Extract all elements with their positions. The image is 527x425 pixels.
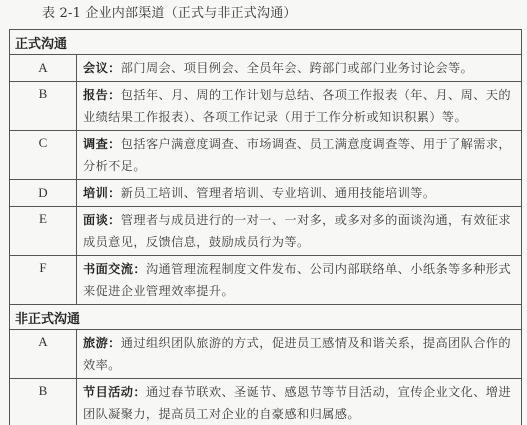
row-letter: C [10, 131, 77, 180]
row-description: 面谈：管理者与成员进行的一对一、一对多，或多对多的面谈沟通，有效征求成员意见，反… [77, 207, 522, 256]
table-row: F 书面交流：沟通管理流程制度文件发布、公司内部联络单、小纸条等多种形式来促进企… [10, 256, 522, 305]
row-term: 会议： [83, 61, 121, 75]
section-header-row: 正式沟通 [10, 30, 522, 55]
section-header-row: 非正式沟通 [10, 305, 522, 330]
row-description: 报告：包括年、月、周的工作计划与总结、各项工作报表（年、月、周、天的业绩结果工作… [77, 82, 522, 131]
section-title-informal: 非正式沟通 [10, 305, 522, 330]
table-row: D 培训：新员工培训、管理者培训、专业培训、通用技能培训等。 [10, 180, 522, 207]
row-letter: E [10, 207, 77, 256]
row-letter: D [10, 180, 77, 207]
table-row: B 报告：包括年、月、周的工作计划与总结、各项工作报表（年、月、周、天的业绩结果… [10, 82, 522, 131]
row-description: 书面交流：沟通管理流程制度文件发布、公司内部联络单、小纸条等多种形式来促进企业管… [77, 256, 522, 305]
row-term: 节目活动： [83, 385, 146, 399]
row-text: 通过春节联欢、圣诞节、感恩节等节目活动，宣传企业文化、增进团队凝聚力，提高员工对… [83, 385, 511, 421]
row-letter: A [10, 55, 77, 82]
row-text: 包括年、月、周的工作计划与总结、各项工作报表（年、月、周、天的业绩结果工作报表）… [83, 88, 511, 124]
row-text: 管理者与成员进行的一对一、一对多，或多对多的面谈沟通，有效征求成员意见，反馈信息… [83, 213, 511, 249]
row-text: 沟通管理流程制度文件发布、公司内部联络单、小纸条等多种形式来促进企业管理效率提升… [83, 262, 511, 298]
table-row: B 节目活动：通过春节联欢、圣诞节、感恩节等节目活动，宣传企业文化、增进团队凝聚… [10, 379, 522, 425]
row-description: 旅游：通过组织团队旅游的方式，促进员工感情及和谐关系，提高团队合作的效率。 [77, 330, 522, 379]
row-description: 调查：包括客户满意度调查、市场调查、员工满意度调查等、用于了解需求，分析不足。 [77, 131, 522, 180]
row-text: 包括客户满意度调查、市场调查、员工满意度调查等、用于了解需求，分析不足。 [83, 137, 511, 173]
table-caption: 表 2-1 企业内部渠道（正式与非正式沟通） [42, 6, 297, 22]
table-row: E 面谈：管理者与成员进行的一对一、一对多，或多对多的面谈沟通，有效征求成员意见… [10, 207, 522, 256]
row-term: 调查： [83, 137, 121, 151]
row-term: 报告： [83, 88, 121, 102]
section-title-formal: 正式沟通 [10, 30, 522, 55]
row-term: 旅游： [83, 336, 121, 350]
internal-channels-table: 正式沟通 A 会议：部门周会、项目例会、全员年会、跨部门或部门业务讨论会等。 B… [9, 29, 522, 425]
row-letter: B [10, 82, 77, 131]
table-row: A 会议：部门周会、项目例会、全员年会、跨部门或部门业务讨论会等。 [10, 55, 522, 82]
row-text: 新员工培训、管理者培训、专业培训、通用技能培训等。 [121, 186, 436, 200]
row-description: 培训：新员工培训、管理者培训、专业培训、通用技能培训等。 [77, 180, 522, 207]
table-row: A 旅游：通过组织团队旅游的方式，促进员工感情及和谐关系，提高团队合作的效率。 [10, 330, 522, 379]
row-letter: A [10, 330, 77, 379]
row-term: 书面交流： [83, 262, 146, 276]
row-term: 面谈： [83, 213, 121, 227]
row-term: 培训： [83, 186, 121, 200]
row-description: 会议：部门周会、项目例会、全员年会、跨部门或部门业务讨论会等。 [77, 55, 522, 82]
row-text: 通过组织团队旅游的方式，促进员工感情及和谐关系，提高团队合作的效率。 [83, 336, 511, 372]
row-text: 部门周会、项目例会、全员年会、跨部门或部门业务讨论会等。 [121, 61, 473, 75]
row-letter: F [10, 256, 77, 305]
table-row: C 调查：包括客户满意度调查、市场调查、员工满意度调查等、用于了解需求，分析不足… [10, 131, 522, 180]
row-letter: B [10, 379, 77, 425]
row-description: 节目活动：通过春节联欢、圣诞节、感恩节等节目活动，宣传企业文化、增进团队凝聚力，… [77, 379, 522, 425]
